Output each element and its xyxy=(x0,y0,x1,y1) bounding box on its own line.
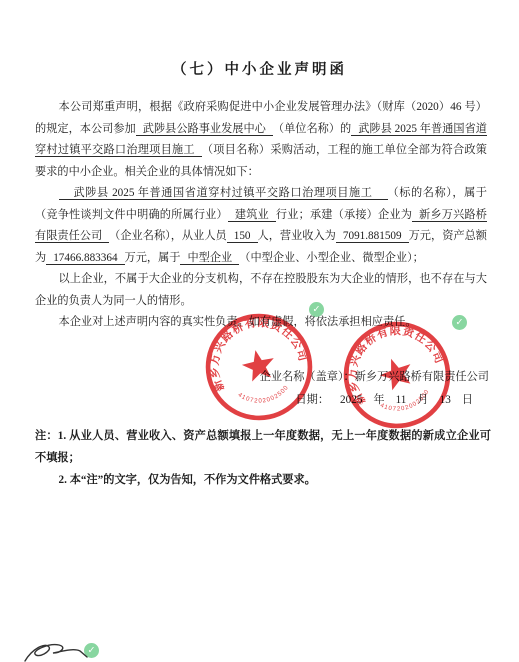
industry-value: 建筑业 xyxy=(228,209,276,222)
notes-block: 注：1. 从业人员、营业收入、资产总额填报上一年度数据，无上一年度数据的新成立企… xyxy=(35,425,491,491)
seal-star-icon xyxy=(376,353,417,392)
p2-text-6: 万元，属于 xyxy=(125,252,181,264)
purchaser-name-value: 武陟县公路事业发展中心 xyxy=(136,123,273,136)
bid-name-value: 武陟县 2025 年普通国省道穿村过镇平交路口治理项目施工 xyxy=(59,187,388,200)
revenue-value: 7091.881509 xyxy=(336,230,409,243)
declaration-document-page: （七）中小企业声明函 本公司郑重声明，根据《政府采购促进中小企业发展管理办法》（… xyxy=(0,0,519,662)
paragraph-declaration: 本公司郑重声明，根据《政府采购促进中小企业发展管理办法》（财库（2020）46 … xyxy=(35,97,487,183)
paragraph-no-affiliation: 以上企业，不属于大企业的分支机构，不存在控股股东为大企业的情形，也不存在与大企业… xyxy=(35,269,487,312)
svg-text:4107202002500: 4107202002500 xyxy=(236,381,293,410)
p2-text-7: （中型企业、小型企业、微型企业）； xyxy=(239,252,424,264)
document-body: 本公司郑重声明，根据《政府采购促进中小企业发展管理办法》（财库（2020）46 … xyxy=(35,97,487,334)
p2-text-2: 行业；承建（承接）企业为 xyxy=(276,209,412,221)
note-1: 注：1. 从业人员、营业收入、资产总额填报上一年度数据，无上一年度数据的新成立企… xyxy=(35,425,491,469)
seal-star-icon xyxy=(239,347,277,383)
seal-number-text: 4107202002500 xyxy=(236,381,293,410)
enterprise-size-value: 中型企业 xyxy=(180,252,239,265)
p2-text-3: （企业名称），从业人员 xyxy=(109,230,227,242)
paragraph-enterprise-details: 武陟县 2025 年普通国省道穿村过镇平交路口治理项目施工（标的名称），属于（竞… xyxy=(35,183,487,269)
p2-text-4: 人，营业收入为 xyxy=(258,230,336,242)
assets-value: 17466.883364 xyxy=(46,252,124,265)
handwritten-signature-scribble xyxy=(22,640,102,662)
verified-check-icon: ✓ xyxy=(452,315,467,330)
company-seal-stamp-left: 新乡万兴路桥有限责任公司 4107202002500 xyxy=(194,302,324,432)
note-2: 2. 本“注”的文字，仅为告知，不作为文件格式要求。 xyxy=(35,469,491,491)
p1-text-2: （单位名称）的 xyxy=(273,123,351,135)
page-title: （七）中小企业声明函 xyxy=(0,58,519,79)
verified-check-icon: ✓ xyxy=(309,302,324,317)
employees-value: 150 xyxy=(227,230,258,243)
